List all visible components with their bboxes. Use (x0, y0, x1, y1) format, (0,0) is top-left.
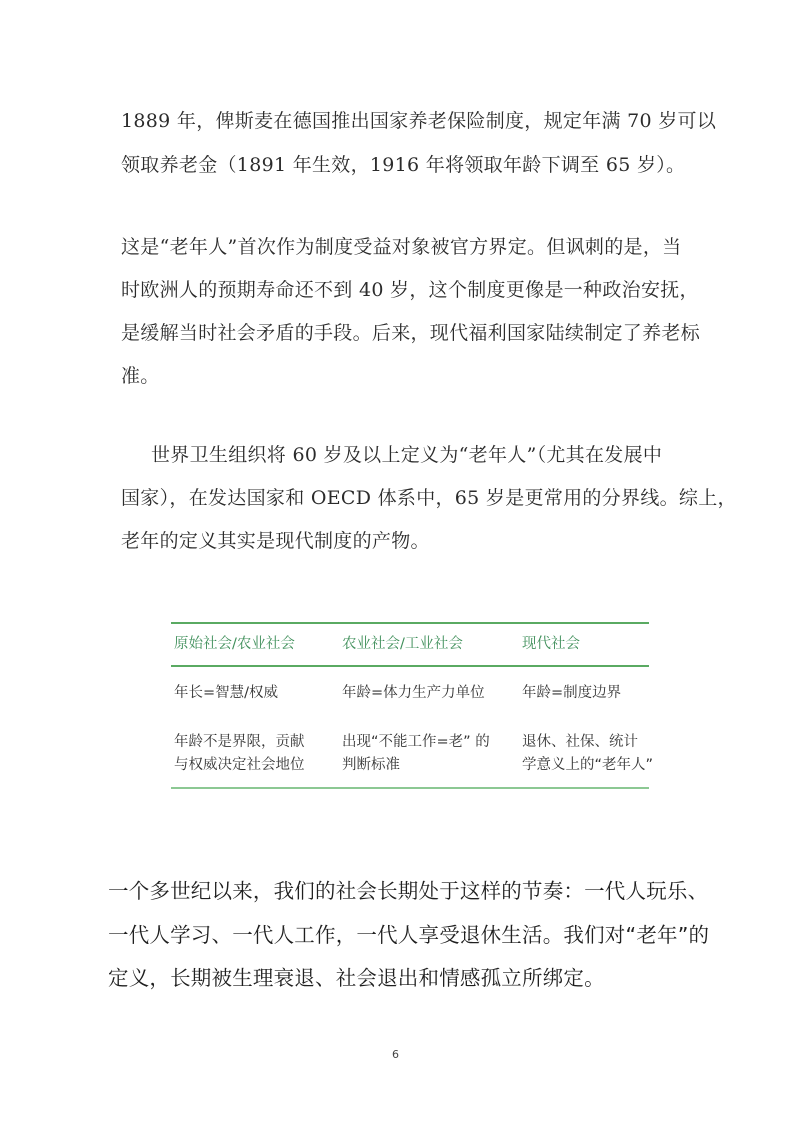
paragraph-line: 领取养老金（1891 年生效，1916 年将领取年龄下调至 65 岁）。 (121, 150, 685, 177)
table-cell: 出现“不能工作=老” 的 判断标准 (342, 731, 490, 777)
table-header-primitive-agricultural: 原始社会/农业社会 (174, 633, 295, 656)
paragraph-line: 世界卫生组织将 60 岁及以上定义为“老年人”（尤其在发展中 (151, 440, 662, 467)
table-cell: 年龄=制度边界 (522, 682, 621, 705)
table-cell-line: 出现“不能工作=老” 的 (342, 731, 490, 754)
table-top-rule (171, 622, 649, 624)
paragraph-line: 定义，长期被生理衰退、社会退出和情感孤立所绑定。 (108, 961, 605, 991)
paragraph-line: 国家），在发达国家和 OECD 体系中，65 岁是更常用的分界线。综上， (121, 483, 737, 510)
table-cell-line: 与权威决定社会地位 (174, 754, 305, 777)
paragraph-line: 这是“老年人”首次作为制度受益对象被官方界定。但讽刺的是，当 (121, 232, 681, 259)
table-cell-line: 退休、社保、统计 (522, 731, 653, 754)
paragraph-line: 时欧洲人的预期寿命还不到 40 岁，这个制度更像是一种政治安抚， (121, 275, 699, 302)
paragraph-line: 一个多世纪以来，我们的社会长期处于这样的节奏：一代人玩乐、 (108, 874, 708, 904)
table-cell-line: 学意义上的“老年人” (522, 754, 653, 777)
table-cell-line: 年龄不是界限，贡献 (174, 731, 305, 754)
paragraph-line: 是缓解当时社会矛盾的手段。后来，现代福利国家陆续制定了养老标 (121, 318, 700, 345)
society-comparison-table: 原始社会/农业社会 农业社会/工业社会 现代社会 年长=智慧/权威 年龄=体力生… (171, 622, 649, 790)
table-header-agricultural-industrial: 农业社会/工业社会 (342, 633, 463, 656)
table-bottom-rule (171, 787, 649, 789)
table-cell-line: 判断标准 (342, 754, 490, 777)
table-cell: 年长=智慧/权威 (174, 682, 278, 705)
table-header-rule (171, 665, 649, 667)
paragraph-line: 准。 (121, 361, 160, 388)
paragraph-line: 1889 年，俾斯麦在德国推出国家养老保险制度，规定年满 70 岁可以 (121, 106, 716, 133)
table-cell: 年龄不是界限，贡献 与权威决定社会地位 (174, 731, 305, 777)
paragraph-line: 老年的定义其实是现代制度的产物。 (121, 526, 430, 553)
table-cell: 退休、社保、统计 学意义上的“老年人” (522, 731, 653, 777)
table-cell: 年龄=体力生产力单位 (342, 682, 485, 705)
page-number: 6 (392, 1048, 399, 1061)
table-header-modern: 现代社会 (522, 633, 580, 656)
paragraph-line: 一代人学习、一代人工作，一代人享受退休生活。我们对“老年”的 (108, 918, 709, 948)
